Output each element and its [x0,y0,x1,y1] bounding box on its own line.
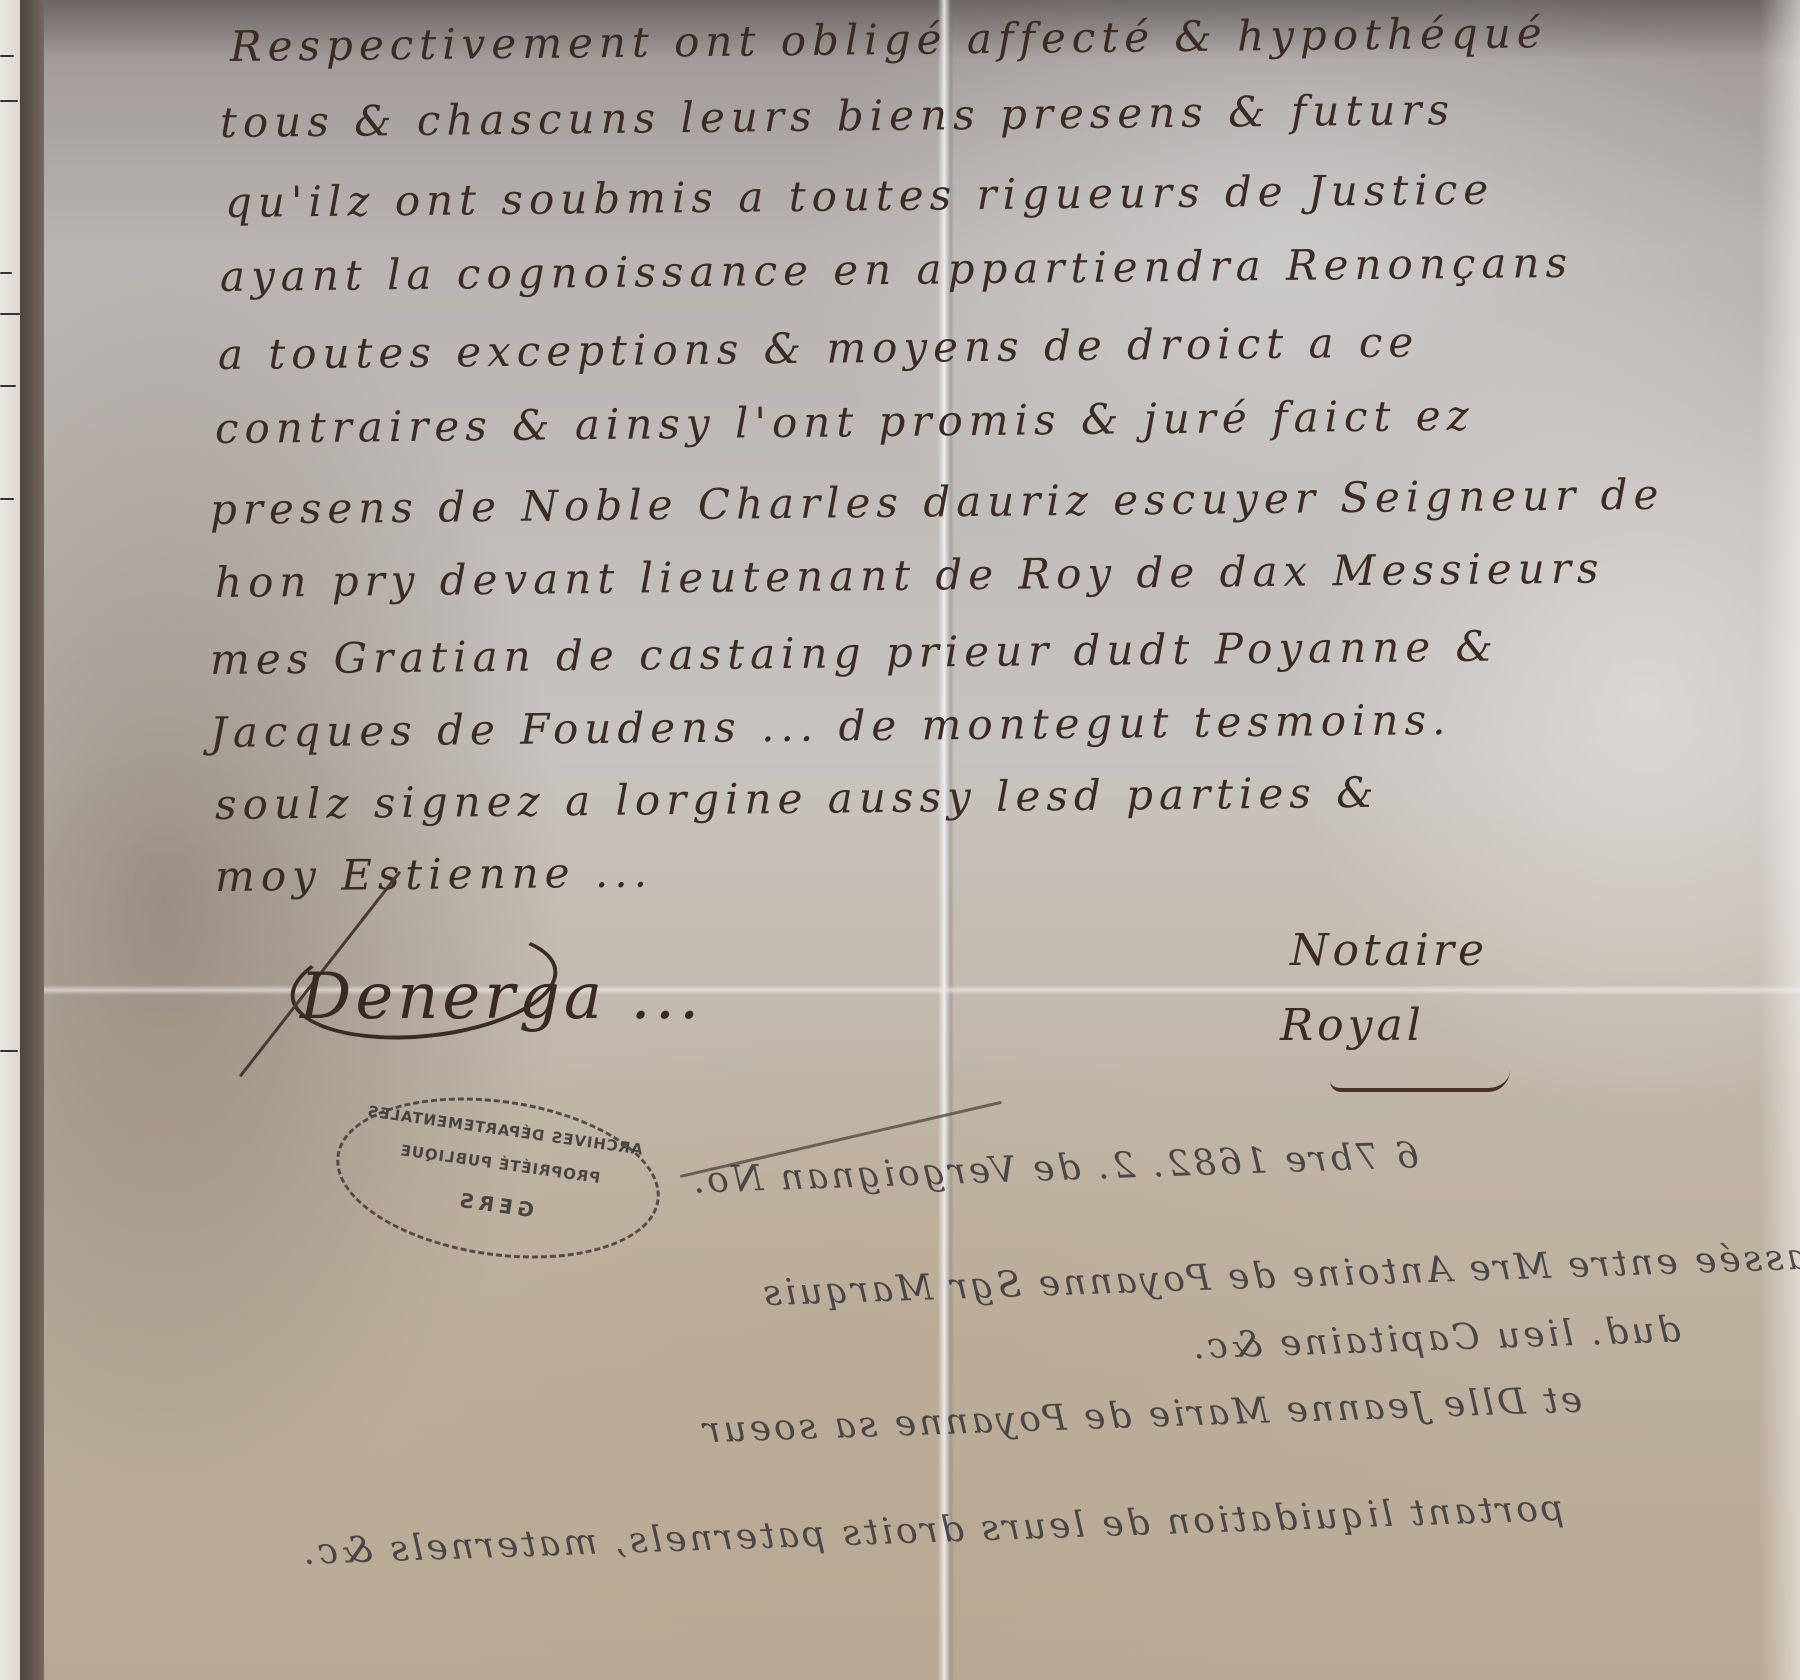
text-line: Respectivement ont obligé affecté & hypo… [230,8,1548,71]
text-line: hon pry devant lieutenant de Roy de dax … [215,543,1605,607]
text-line: mes Gratian de castaing prieur dudt Poya… [210,622,1499,684]
notary-signature: Denerga ... [300,960,703,1034]
text-line: ayant la cognoissance en appartiendra Re… [220,238,1574,301]
text-line: a toutes exceptions & moyens de droict a… [218,317,1420,379]
notary-title-line1: Notaire [1290,925,1488,976]
text-line: presens de Noble Charles dauriz escuyer … [210,470,1665,534]
paraph-underline [1330,1070,1510,1092]
text-line: tous & chascuns leurs biens presens & fu… [220,85,1456,147]
notary-title-line2: Royal [1280,1000,1425,1051]
text-line: moy Estienne ... [215,847,653,901]
text-line: soulz signez a lorgine aussy lesd partie… [215,768,1380,829]
text-line: Jacques de Foudens ... de montegut tesmo… [210,695,1452,757]
text-line: contraires & ainsy l'ont promis & juré f… [215,391,1475,453]
text-line: qu'ilz ont soubmis a toutes rigueurs de … [225,165,1495,227]
